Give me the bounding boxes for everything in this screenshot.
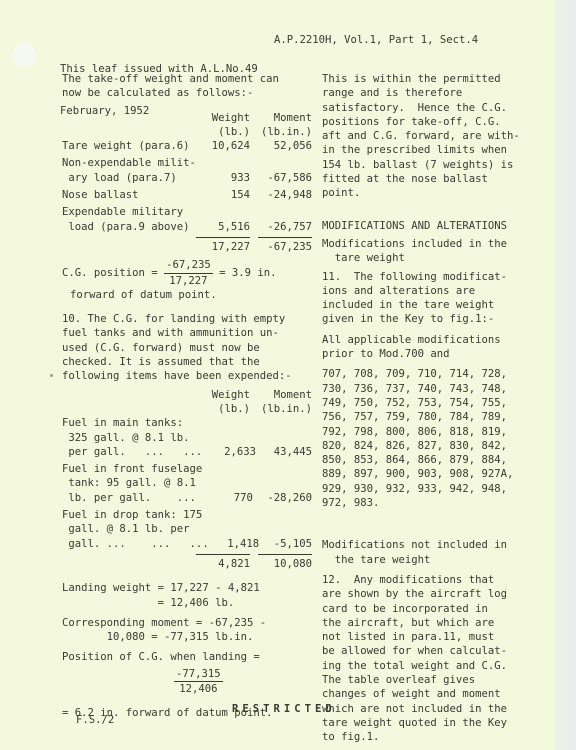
page-edge-shadow	[554, 0, 576, 750]
modification-list: 707, 708, 709, 710, 714, 728,730, 736, 7…	[322, 367, 552, 510]
takeoff-table: Weight Moment (lb.) (lb.in.) Tare weight…	[62, 111, 312, 255]
paper-speck	[50, 374, 53, 377]
punch-hole	[12, 42, 36, 68]
table-row: Fuel in front fuselage tank: 95 gall. @ …	[62, 462, 312, 505]
takeoff-rows: Tare weight (para.6)10,62452,056Non-expe…	[62, 139, 312, 234]
row-moment: -24,948	[250, 188, 312, 202]
table-row: Tare weight (para.6)10,62452,056	[62, 139, 312, 153]
row-label: Non-expendable milit-	[62, 156, 196, 170]
para-10: 10. The C.G. for landing with empty fuel…	[62, 312, 312, 383]
row-label: Tare weight (para.6)	[62, 139, 190, 153]
row-weight: 770	[196, 491, 253, 505]
table-row: Expendable military load (para.9 above)5…	[62, 205, 312, 234]
row-moment: -5,105	[259, 537, 312, 551]
row-moment: -28,260	[253, 491, 312, 505]
row-label: tank: 95 gall. @ 8.1	[62, 476, 196, 490]
subheading-not-included: Modifications not included in the tare w…	[322, 538, 552, 567]
row-label: load (para.9 above)	[62, 220, 190, 234]
applicable-mods-intro: All applicable modificationsprior to Mod…	[322, 333, 552, 362]
row-label: Fuel in front fuselage	[62, 462, 202, 476]
row-label: ary load (para.7)	[62, 171, 190, 185]
landing-cg-fraction: -77,315 12,406	[174, 667, 223, 697]
row-weight: 2,633	[202, 445, 256, 459]
row-weight: 154	[190, 188, 250, 202]
expended-column-headers: Weight Moment	[62, 388, 312, 402]
row-label: Expendable military	[62, 205, 190, 219]
row-label: Fuel in main tanks:	[62, 416, 190, 430]
right-column: This is within the permittedrange and is…	[322, 72, 552, 744]
expended-unit-headers: (lb.) (lb.in.)	[62, 402, 312, 416]
row-weight: 5,516	[190, 220, 250, 234]
table-row: Fuel in drop tank: 175 gall. @ 8.1 lb. p…	[62, 508, 312, 551]
landing-cg-fraction-wrap: -77,315 12,406	[62, 667, 312, 697]
cg-position-equation: C.G. position = -67,235 17,227 = 3.9 in.	[62, 258, 312, 288]
row-label: Nose ballast	[62, 188, 190, 202]
row-label: gall. ... ... ...	[62, 537, 209, 551]
table-row: Nose ballast154-24,948	[62, 188, 312, 202]
subheading-included: Modifications included in the tare weigh…	[322, 237, 552, 266]
takeoff-total-row: 17,227 -67,235	[62, 240, 312, 254]
expended-rows: Fuel in main tanks: 325 gall. @ 8.1 lb. …	[62, 416, 312, 551]
row-moment: 52,056	[250, 139, 312, 153]
cg-position-note: forward of datum point.	[62, 288, 312, 302]
takeoff-column-headers: Weight Moment	[62, 111, 312, 125]
landing-weight: Landing weight = 17,227 - 4,821 = 12,406…	[62, 581, 312, 610]
corresponding-moment: Corresponding moment = -67,235 - 10,080 …	[62, 616, 312, 645]
page-code: F.S./2	[76, 713, 114, 727]
para-11: 11. The following modificat-ions and alt…	[322, 270, 552, 327]
table-row: Fuel in main tanks: 325 gall. @ 8.1 lb. …	[62, 416, 312, 459]
takeoff-unit-headers: (lb.) (lb.in.)	[62, 125, 312, 139]
expended-total-row: 4,821 10,080	[62, 557, 312, 571]
row-label: per gall. ... ...	[62, 445, 202, 459]
row-label: gall. @ 8.1 lb. per	[62, 522, 190, 536]
row-label: 325 gall. @ 8.1 lb.	[62, 431, 190, 445]
publication-reference: A.P.2210H, Vol.1, Part 1, Sect.4	[274, 33, 478, 47]
takeoff-intro: The take-off weight and moment can now b…	[62, 72, 312, 101]
table-row: Non-expendable milit- ary load (para.7)9…	[62, 156, 312, 185]
section-heading-modifications: MODIFICATIONS AND ALTERATIONS	[322, 219, 552, 233]
cg-fraction: -67,235 17,227	[164, 258, 213, 288]
row-label: Fuel in drop tank: 175	[62, 508, 202, 522]
row-moment: -67,586	[250, 171, 312, 185]
row-moment: -26,757	[250, 220, 312, 234]
row-weight: 10,624	[190, 139, 250, 153]
security-classification: RESTRICTED	[232, 702, 336, 716]
cg-conclusion: This is within the permittedrange and is…	[322, 72, 552, 201]
para-12: 12. Any modifications thatare shown by t…	[322, 573, 552, 745]
row-moment: 43,445	[256, 445, 312, 459]
row-weight: 1,418	[209, 537, 259, 551]
left-column: The take-off weight and moment can now b…	[62, 72, 312, 721]
row-weight: 933	[190, 171, 250, 185]
row-label: lb. per gall. ...	[62, 491, 196, 505]
expended-table: Weight Moment (lb.) (lb.in.) Fuel in mai…	[62, 388, 312, 572]
